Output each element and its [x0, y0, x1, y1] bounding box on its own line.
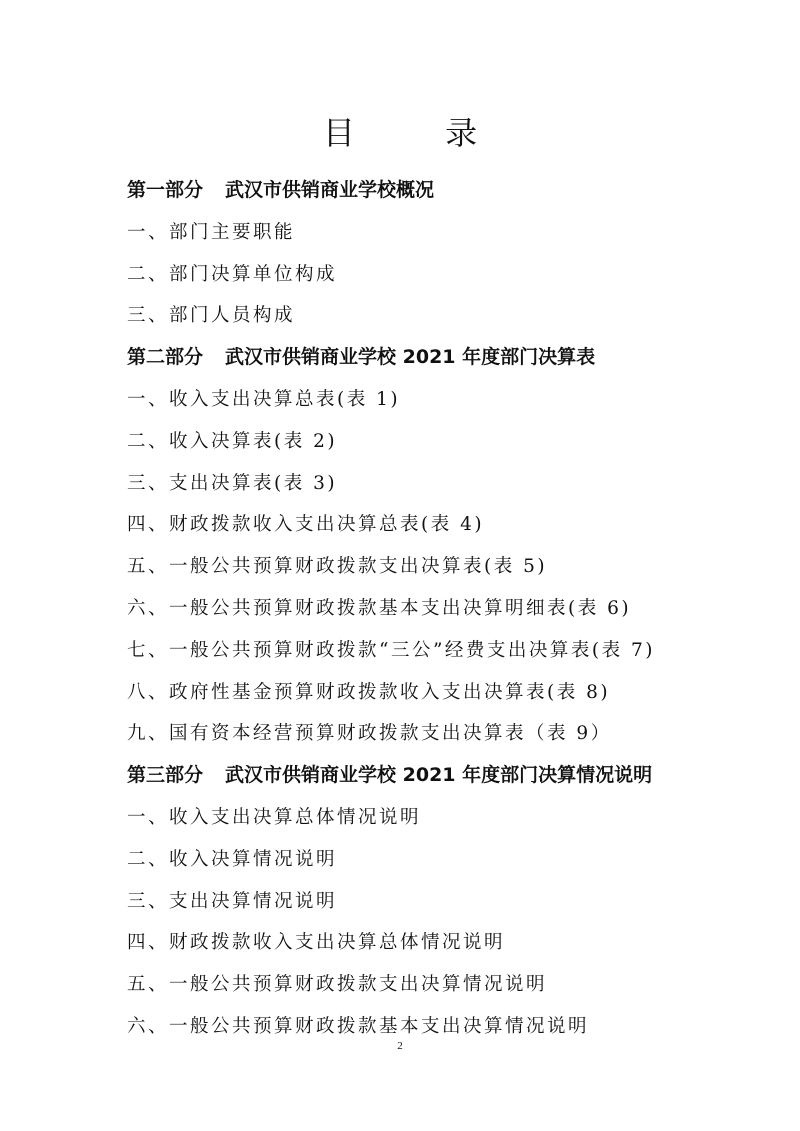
page-title: 目 录	[0, 108, 800, 154]
part-label: 第一部分	[127, 179, 203, 201]
toc-item[interactable]: 三、部门人员构成	[127, 295, 767, 337]
toc-item[interactable]: 五、一般公共预算财政拨款支出决算表(表 5)	[127, 546, 767, 588]
part-title: 武汉市供销商业学校 2021 年度部门决算情况说明	[225, 764, 652, 786]
table-of-contents: 第一部分武汉市供销商业学校概况 一、部门主要职能 二、部门决算单位构成 三、部门…	[127, 170, 767, 1048]
toc-item[interactable]: 一、收入支出决算总体情况说明	[127, 797, 767, 839]
toc-item[interactable]: 八、政府性基金预算财政拨款收入支出决算表(表 8)	[127, 672, 767, 714]
toc-item[interactable]: 三、支出决算情况说明	[127, 881, 767, 923]
toc-item[interactable]: 三、支出决算表(表 3)	[127, 463, 767, 505]
toc-part-3[interactable]: 第三部分武汉市供销商业学校 2021 年度部门决算情况说明	[127, 755, 767, 797]
toc-part-2[interactable]: 第二部分武汉市供销商业学校 2021 年度部门决算表	[127, 337, 767, 379]
toc-item[interactable]: 二、收入决算情况说明	[127, 839, 767, 881]
page-number: 2	[0, 1040, 800, 1052]
toc-item[interactable]: 九、国有资本经营预算财政拨款支出决算表（表 9）	[127, 713, 767, 755]
part-title: 武汉市供销商业学校概况	[225, 179, 434, 201]
part-title: 武汉市供销商业学校 2021 年度部门决算表	[225, 346, 595, 368]
toc-item[interactable]: 四、财政拨款收入支出决算总体情况说明	[127, 922, 767, 964]
toc-item[interactable]: 一、部门主要职能	[127, 212, 767, 254]
toc-item[interactable]: 五、一般公共预算财政拨款支出决算情况说明	[127, 964, 767, 1006]
toc-item[interactable]: 二、收入决算表(表 2)	[127, 421, 767, 463]
toc-item[interactable]: 四、财政拨款收入支出决算总表(表 4)	[127, 504, 767, 546]
part-label: 第二部分	[127, 346, 203, 368]
toc-item[interactable]: 二、部门决算单位构成	[127, 254, 767, 296]
part-label: 第三部分	[127, 764, 203, 786]
toc-item[interactable]: 一、收入支出决算总表(表 1)	[127, 379, 767, 421]
toc-item[interactable]: 六、一般公共预算财政拨款基本支出决算明细表(表 6)	[127, 588, 767, 630]
toc-part-1[interactable]: 第一部分武汉市供销商业学校概况	[127, 170, 767, 212]
toc-item[interactable]: 七、一般公共预算财政拨款“三公”经费支出决算表(表 7)	[127, 630, 767, 672]
